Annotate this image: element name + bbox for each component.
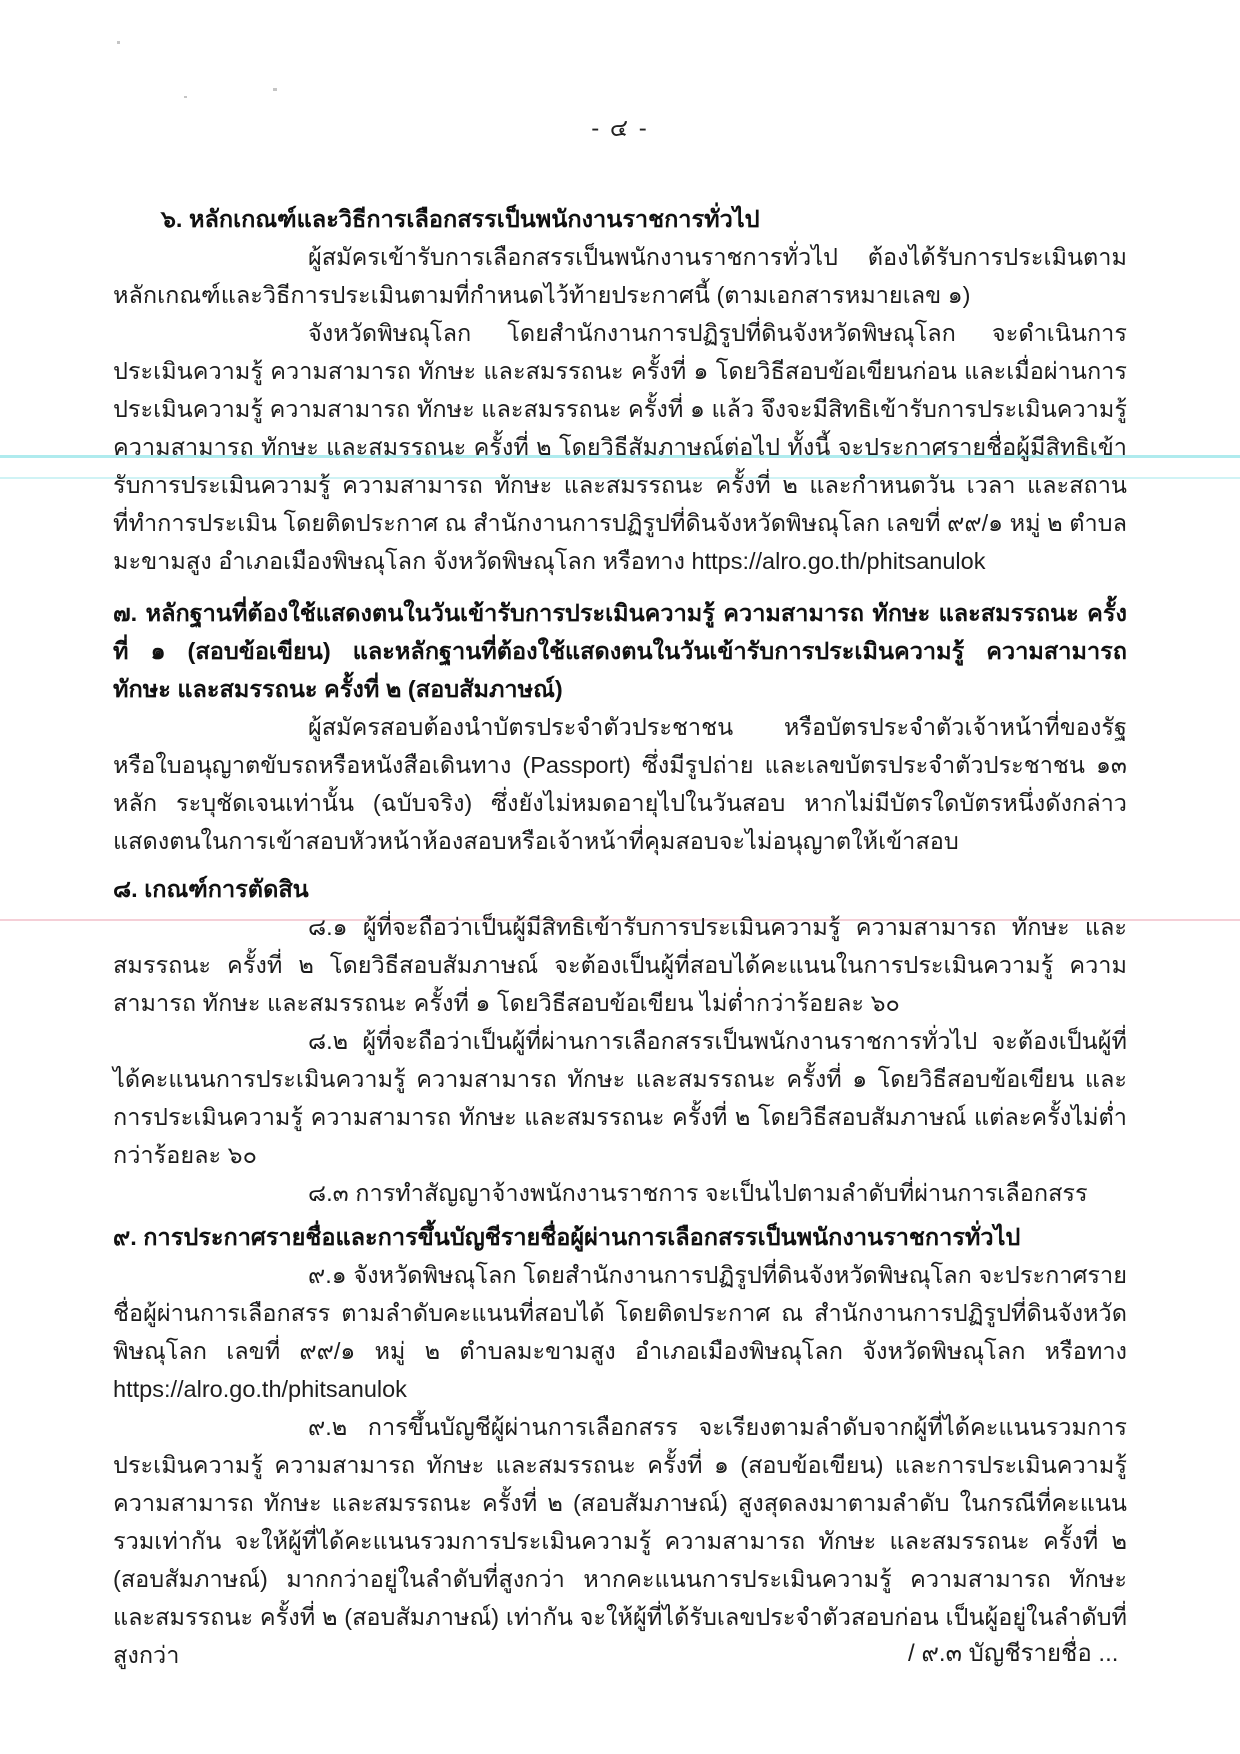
section-8-item-3: ๘.๓ การทำสัญญาจ้างพนักงานราชการ จะเป็นไป… xyxy=(113,1174,1127,1212)
section-heading-9: ๙. การประกาศรายชื่อและการขึ้นบัญชีรายชื่… xyxy=(113,1218,1127,1256)
section-6-paragraph-2: จังหวัดพิษณุโลก โดยสำนักงานการปฏิรูปที่ด… xyxy=(113,314,1127,580)
continuation-note: / ๙.๓ บัญชีรายชื่อ ... xyxy=(908,1633,1118,1672)
section-6-paragraph-1: ผู้สมัครเข้ารับการเลือกสรรเป็นพนักงานราช… xyxy=(113,238,1127,314)
section-heading-7: ๗. หลักฐานที่ต้องใช้แสดงตนในวันเข้ารับกา… xyxy=(113,594,1127,708)
section-8-item-2: ๘.๒ ผู้ที่จะถือว่าเป็นผู้ที่ผ่านการเลือก… xyxy=(113,1022,1127,1174)
document-body: ๖. หลักเกณฑ์และวิธีการเลือกสรรเป็นพนักงา… xyxy=(113,200,1127,1674)
page-number: - ๔ - xyxy=(0,108,1240,147)
scan-speck xyxy=(117,41,120,44)
section-9-item-1: ๙.๑ จังหวัดพิษณุโลก โดยสำนักงานการปฏิรูป… xyxy=(113,1256,1127,1408)
document-page: - ๔ - ๖. หลักเกณฑ์และวิธีการเลือกสรรเป็น… xyxy=(0,0,1240,1754)
section-7-paragraph-1: ผู้สมัครสอบต้องนำบัตรประจำตัวประชาชน หรื… xyxy=(113,708,1127,860)
section-heading-6: ๖. หลักเกณฑ์และวิธีการเลือกสรรเป็นพนักงา… xyxy=(161,200,1127,238)
section-8-item-1: ๘.๑ ผู้ที่จะถือว่าเป็นผู้มีสิทธิเข้ารับก… xyxy=(113,908,1127,1022)
scan-speck xyxy=(273,88,277,91)
section-heading-8: ๘. เกณฑ์การตัดสิน xyxy=(113,870,1127,908)
scan-speck xyxy=(184,96,187,98)
